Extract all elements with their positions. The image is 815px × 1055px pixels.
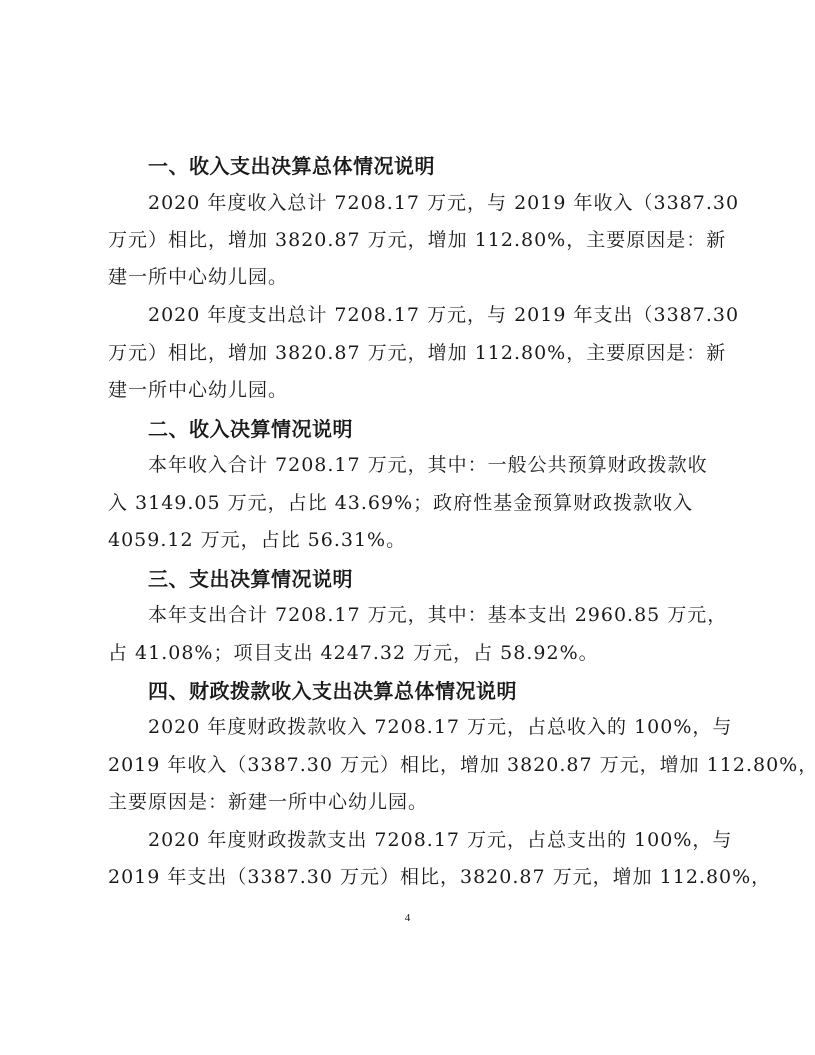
paragraph-line: 2020 年度财政拨款收入 7208.17 万元，占总收入的 100%，与 [148, 712, 732, 739]
paragraph-line: 建一所中心幼儿园。 [108, 262, 288, 289]
paragraph-line: 2019 年收入（3387.30 万元）相比，增加 3820.87 万元，增加 … [108, 750, 815, 777]
page-number: 4 [0, 912, 815, 924]
section-heading-2: 二、收入决算情况说明 [148, 413, 353, 442]
section-heading-1: 一、收入支出决算总体情况说明 [148, 150, 435, 179]
paragraph-line: 2020 年度财政拨款支出 7208.17 万元，占总支出的 100%，与 [148, 825, 732, 852]
paragraph-line: 万元）相比，增加 3820.87 万元，增加 112.80%，主要原因是：新 [108, 338, 726, 365]
section-heading-4: 四、财政拨款收入支出决算总体情况说明 [148, 675, 517, 704]
paragraph-line: 2019 年支出（3387.30 万元）相比，3820.87 万元，增加 112… [108, 862, 771, 889]
paragraph-line: 本年收入合计 7208.17 万元，其中：一般公共预算财政拨款收 [148, 450, 708, 477]
paragraph-line: 2020 年度支出总计 7208.17 万元，与 2019 年支出（3387.3… [148, 300, 739, 327]
paragraph-line: 占 41.08%；项目支出 4247.32 万元，占 58.92%。 [108, 638, 599, 665]
document-page: 一、收入支出决算总体情况说明 2020 年度收入总计 7208.17 万元，与 … [0, 0, 815, 1055]
paragraph-line: 万元）相比，增加 3820.87 万元，增加 112.80%，主要原因是：新 [108, 225, 726, 252]
paragraph-line: 本年支出合计 7208.17 万元，其中：基本支出 2960.85 万元， [148, 600, 727, 627]
section-heading-3: 三、支出决算情况说明 [148, 563, 353, 592]
paragraph-line: 4059.12 万元，占比 56.31%。 [108, 525, 406, 552]
paragraph-line: 入 3149.05 万元，占比 43.69%；政府性基金预算财政拨款收入 [108, 488, 693, 515]
paragraph-line: 主要原因是：新建一所中心幼儿园。 [108, 787, 428, 814]
paragraph-line: 2020 年度收入总计 7208.17 万元，与 2019 年收入（3387.3… [148, 188, 739, 215]
paragraph-line: 建一所中心幼儿园。 [108, 375, 288, 402]
